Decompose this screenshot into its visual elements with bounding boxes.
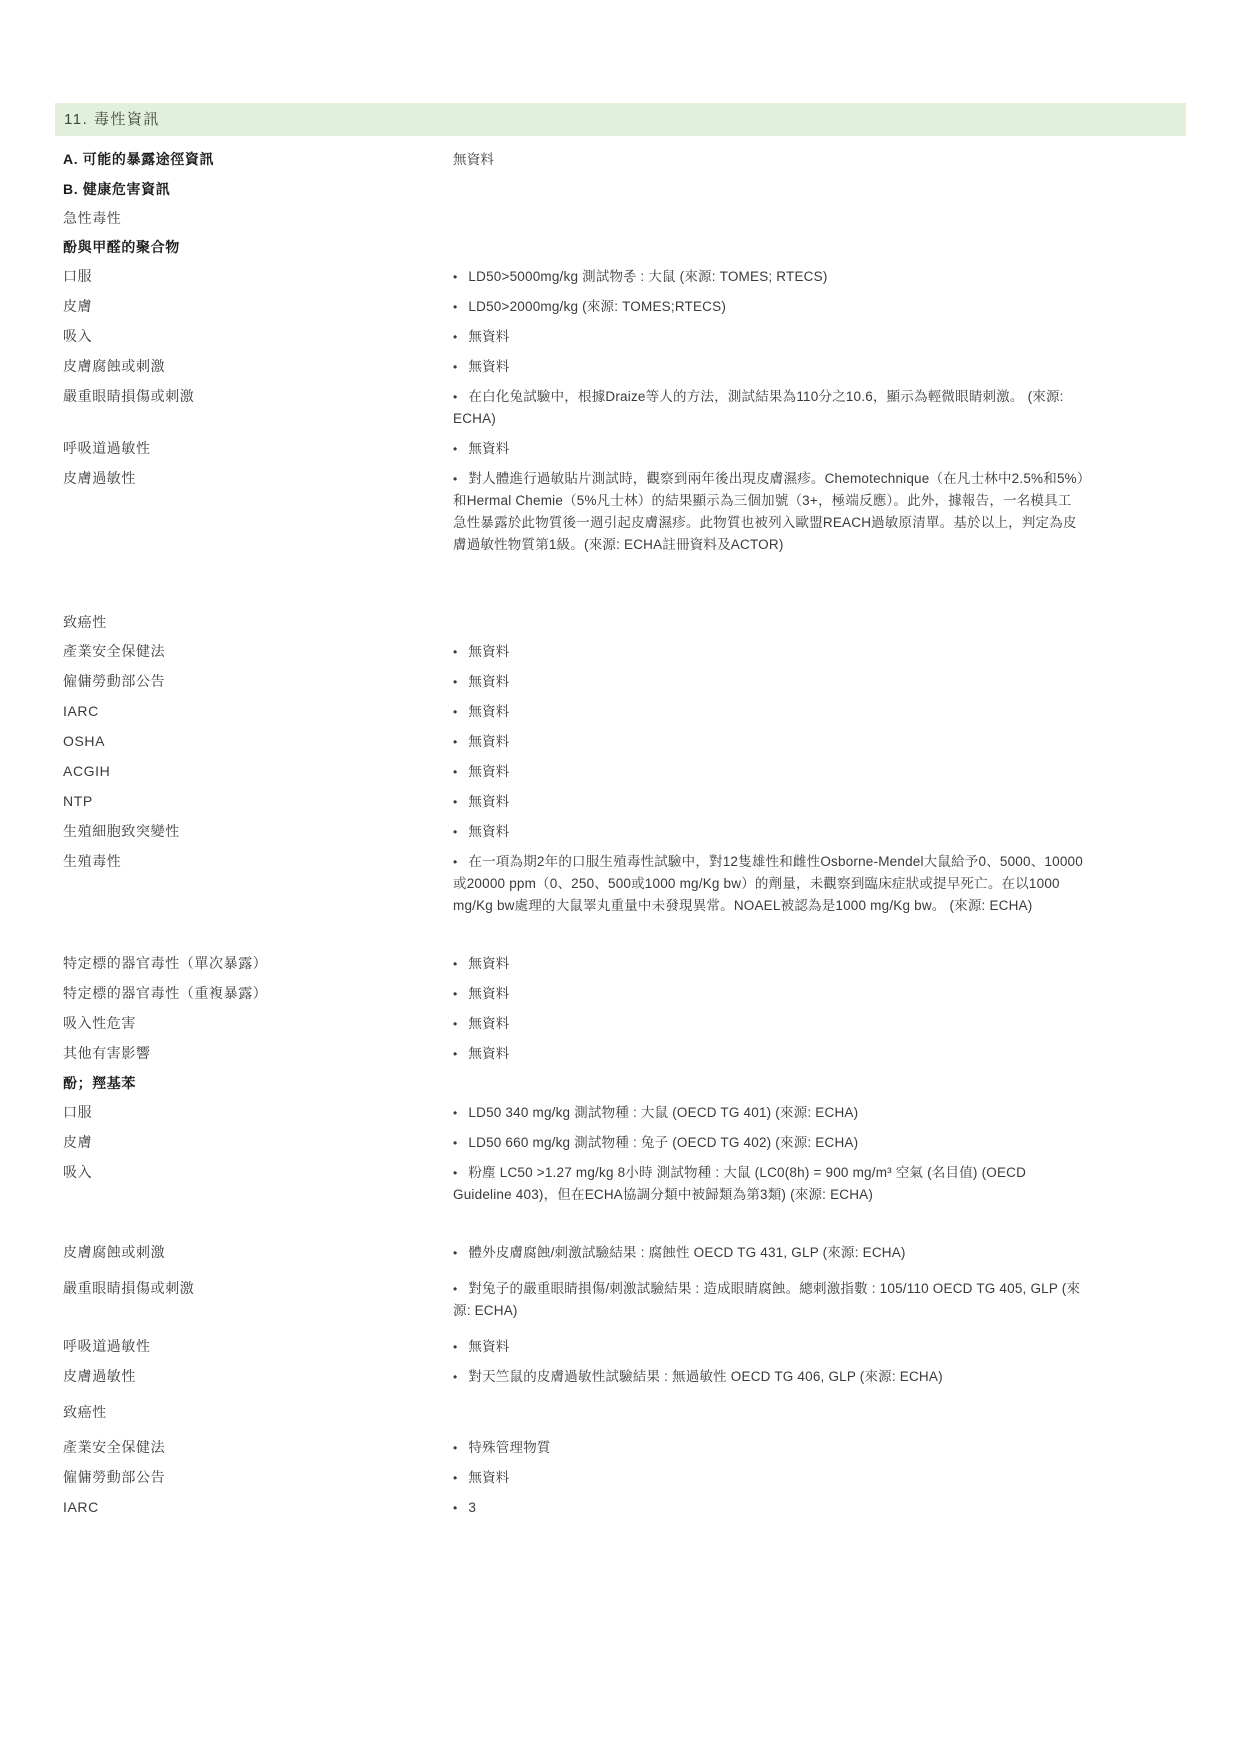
sds-toxicity-page: 11. 毒性資訊 A. 可能的暴露途徑資訊無資料B. 健康危害資訊急性毒性酚與甲… xyxy=(0,0,1241,1519)
row-value-text: 無資料 xyxy=(468,764,509,779)
toxicity-row: A. 可能的暴露途徑資訊無資料 xyxy=(55,149,1186,171)
row-value-text: 無資料 xyxy=(468,359,509,374)
row-value: •無資料 xyxy=(453,761,1085,783)
toxicity-row: 急性毒性 xyxy=(55,208,1186,229)
toxicity-row: 致癌性 xyxy=(55,612,1186,633)
row-value: •無資料 xyxy=(453,1467,1085,1489)
row-label: ACGIH xyxy=(55,761,453,782)
row-label: 吸入 xyxy=(55,1162,453,1183)
row-label: 產業安全保健法 xyxy=(55,1437,453,1458)
bullet-icon: • xyxy=(453,983,457,1005)
row-value: •粉塵 LC50 >1.27 mg/kg 8小時 測試物種 : 大鼠 (LC0(… xyxy=(453,1162,1085,1206)
row-value: •體外皮膚腐蝕/刺激試驗結果 : 腐蝕性 OECD TG 431, GLP (來… xyxy=(453,1242,1085,1264)
row-value-text: 特殊管理物質 xyxy=(468,1440,550,1455)
row-value-text: 體外皮膚腐蝕/刺激試驗結果 : 腐蝕性 OECD TG 431, GLP (來源… xyxy=(468,1245,905,1260)
bullet-icon: • xyxy=(453,1497,457,1519)
row-label: 酚與甲醛的聚合物 xyxy=(55,237,453,258)
row-label: 口服 xyxy=(55,266,453,287)
toxicity-row: 產業安全保健法•特殊管理物質 xyxy=(55,1437,1186,1459)
row-value: •無資料 xyxy=(453,983,1085,1005)
toxicity-row: 生殖毒性•在一項為期2年的口服生殖毒性試驗中，對12隻雄性和雌性Osborne-… xyxy=(55,851,1186,917)
row-value: •無資料 xyxy=(453,701,1085,723)
bullet-icon: • xyxy=(453,671,457,693)
bullet-icon: • xyxy=(453,953,457,975)
bullet-icon: • xyxy=(453,1043,457,1065)
row-label: 皮膚腐蝕或刺激 xyxy=(55,356,453,377)
toxicity-row: NTP•無資料 xyxy=(55,791,1186,813)
row-value-text: 無資料 xyxy=(468,674,509,689)
row-label: A. 可能的暴露途徑資訊 xyxy=(55,149,453,170)
toxicity-row: OSHA•無資料 xyxy=(55,731,1186,753)
toxicity-row: 酚與甲醛的聚合物 xyxy=(55,237,1186,258)
toxicity-row: 產業安全保健法•無資料 xyxy=(55,641,1186,663)
row-label: 僱傭勞動部公告 xyxy=(55,1467,453,1488)
bullet-icon: • xyxy=(453,266,457,288)
toxicity-row: 皮膚•LD50>2000mg/kg (來源: TOMES;RTECS) xyxy=(55,296,1186,318)
row-value-text: 無資料 xyxy=(468,441,509,456)
row-value-text: 粉塵 LC50 >1.27 mg/kg 8小時 測試物種 : 大鼠 (LC0(8… xyxy=(453,1165,1026,1202)
row-value-text: 無資料 xyxy=(468,1470,509,1485)
row-value-text: 3 xyxy=(468,1500,476,1515)
row-value-text: LD50>5000mg/kg 測試物종 : 大鼠 (來源: TOMES; RTE… xyxy=(468,269,827,284)
row-value-text: LD50 660 mg/kg 測試物種 : 兔子 (OECD TG 402) (… xyxy=(468,1135,858,1150)
bullet-icon: • xyxy=(453,1336,457,1358)
toxicity-row: 皮膚腐蝕或刺激•無資料 xyxy=(55,356,1186,378)
row-value: •無資料 xyxy=(453,671,1085,693)
row-value-text: 無資料 xyxy=(468,704,509,719)
bullet-icon: • xyxy=(453,438,457,460)
toxicity-row: ACGIH•無資料 xyxy=(55,761,1186,783)
row-label: 致癌性 xyxy=(55,1402,453,1423)
bullet-icon: • xyxy=(453,1278,457,1300)
toxicity-row: 嚴重眼睛損傷或刺激•對兔子的嚴重眼睛損傷/刺激試驗結果 : 造成眼睛腐蝕。總刺激… xyxy=(55,1278,1186,1322)
bullet-icon: • xyxy=(453,386,457,408)
row-label: 吸入性危害 xyxy=(55,1013,453,1034)
row-label: 致癌性 xyxy=(55,612,453,633)
row-value: •無資料 xyxy=(453,356,1085,378)
row-value: •LD50>5000mg/kg 測試物종 : 大鼠 (來源: TOMES; RT… xyxy=(453,266,1085,288)
toxicity-row: 其他有害影響•無資料 xyxy=(55,1043,1186,1065)
row-value: •無資料 xyxy=(453,731,1085,753)
bullet-icon: • xyxy=(453,701,457,723)
row-value-text: 無資料 xyxy=(468,329,509,344)
toxicity-row: 僱傭勞動部公告•無資料 xyxy=(55,1467,1186,1489)
toxicity-row: 皮膚腐蝕或刺激•體外皮膚腐蝕/刺激試驗結果 : 腐蝕性 OECD TG 431,… xyxy=(55,1242,1186,1264)
bullet-icon: • xyxy=(453,468,457,490)
bullet-icon: • xyxy=(453,296,457,318)
row-value-text: 無資料 xyxy=(468,1046,509,1061)
row-value: •3 xyxy=(453,1497,1085,1519)
bullet-icon: • xyxy=(453,851,457,873)
row-value: 無資料 xyxy=(453,149,1085,171)
row-label: 急性毒性 xyxy=(55,208,453,229)
row-value: •無資料 xyxy=(453,1043,1085,1065)
row-value: •無資料 xyxy=(453,438,1085,460)
row-value-text: 無資料 xyxy=(453,152,494,167)
row-value-text: 無資料 xyxy=(468,1016,509,1031)
row-value-text: 對天竺鼠的皮膚過敏性試驗結果 : 無過敏性 OECD TG 406, GLP (… xyxy=(468,1369,942,1384)
bullet-icon: • xyxy=(453,731,457,753)
row-label: 皮膚 xyxy=(55,296,453,317)
row-value: •無資料 xyxy=(453,1336,1085,1358)
toxicity-row: 吸入•無資料 xyxy=(55,326,1186,348)
row-value: •LD50 340 mg/kg 測試物種 : 大鼠 (OECD TG 401) … xyxy=(453,1102,1085,1124)
row-value-text: 無資料 xyxy=(468,1339,509,1354)
bullet-icon: • xyxy=(453,1102,457,1124)
row-label: B. 健康危害資訊 xyxy=(55,179,453,200)
row-value: •LD50>2000mg/kg (來源: TOMES;RTECS) xyxy=(453,296,1085,318)
toxicity-row: 嚴重眼睛損傷或刺激•在白化兔試驗中，根據Draize等人的方法，測試結果為110… xyxy=(55,386,1186,430)
row-label: 特定標的器官毒性（單次暴露） xyxy=(55,953,453,974)
bullet-icon: • xyxy=(453,356,457,378)
bullet-icon: • xyxy=(453,1162,457,1184)
row-value-text: 在一項為期2年的口服生殖毒性試驗中，對12隻雄性和雌性Osborne-Mende… xyxy=(453,854,1083,913)
toxicity-row: 呼吸道過敏性•無資料 xyxy=(55,438,1186,460)
row-label: 皮膚過敏性 xyxy=(55,1366,453,1387)
row-label: 皮膚腐蝕或刺激 xyxy=(55,1242,453,1263)
row-value-text: 無資料 xyxy=(468,734,509,749)
toxicity-row: 皮膚•LD50 660 mg/kg 測試物種 : 兔子 (OECD TG 402… xyxy=(55,1132,1186,1154)
row-value: •對人體進行過敏貼片測試時，觀察到兩年後出現皮膚濕疹。Chemotechniqu… xyxy=(453,468,1085,556)
bullet-icon: • xyxy=(453,1013,457,1035)
toxicity-row: 皮膚過敏性•對天竺鼠的皮膚過敏性試驗結果 : 無過敏性 OECD TG 406,… xyxy=(55,1366,1186,1388)
row-label: 口服 xyxy=(55,1102,453,1123)
row-value: •無資料 xyxy=(453,821,1085,843)
bullet-icon: • xyxy=(453,791,457,813)
bullet-icon: • xyxy=(453,761,457,783)
row-label: 皮膚過敏性 xyxy=(55,468,453,489)
row-value-text: 無資料 xyxy=(468,956,509,971)
row-value-text: 無資料 xyxy=(468,824,509,839)
toxicity-row: 吸入性危害•無資料 xyxy=(55,1013,1186,1035)
toxicity-row: 特定標的器官毒性（單次暴露）•無資料 xyxy=(55,953,1186,975)
row-value: •無資料 xyxy=(453,791,1085,813)
toxicity-row: 皮膚過敏性•對人體進行過敏貼片測試時，觀察到兩年後出現皮膚濕疹。Chemotec… xyxy=(55,468,1186,556)
toxicity-row: 吸入•粉塵 LC50 >1.27 mg/kg 8小時 測試物種 : 大鼠 (LC… xyxy=(55,1162,1186,1206)
toxicity-row: 酚；羥基苯 xyxy=(55,1073,1186,1094)
row-value-text: LD50 340 mg/kg 測試物種 : 大鼠 (OECD TG 401) (… xyxy=(468,1105,858,1120)
row-label: 產業安全保健法 xyxy=(55,641,453,662)
toxicity-row: 僱傭勞動部公告•無資料 xyxy=(55,671,1186,693)
toxicity-table: A. 可能的暴露途徑資訊無資料B. 健康危害資訊急性毒性酚與甲醛的聚合物口服•L… xyxy=(55,149,1186,1519)
row-value: •無資料 xyxy=(453,641,1085,663)
row-label: 呼吸道過敏性 xyxy=(55,438,453,459)
row-label: 其他有害影響 xyxy=(55,1043,453,1064)
row-label: 嚴重眼睛損傷或刺激 xyxy=(55,386,453,407)
bullet-icon: • xyxy=(453,641,457,663)
row-value-text: 對兔子的嚴重眼睛損傷/刺激試驗結果 : 造成眼睛腐蝕。總刺激指數 : 105/1… xyxy=(453,1281,1080,1318)
row-label: 生殖毒性 xyxy=(55,851,453,872)
row-label: 生殖細胞致突變性 xyxy=(55,821,453,842)
row-value: •在白化兔試驗中，根據Draize等人的方法，測試結果為110分之10.6，顯示… xyxy=(453,386,1085,430)
row-value-text: LD50>2000mg/kg (來源: TOMES;RTECS) xyxy=(468,299,726,314)
row-label: 酚；羥基苯 xyxy=(55,1073,453,1094)
section-title: 11. 毒性資訊 xyxy=(64,111,160,128)
row-value: •對兔子的嚴重眼睛損傷/刺激試驗結果 : 造成眼睛腐蝕。總刺激指數 : 105/… xyxy=(453,1278,1085,1322)
row-label: OSHA xyxy=(55,731,453,752)
toxicity-row: 呼吸道過敏性•無資料 xyxy=(55,1336,1186,1358)
row-label: 吸入 xyxy=(55,326,453,347)
bullet-icon: • xyxy=(453,821,457,843)
row-value-text: 無資料 xyxy=(468,986,509,1001)
row-label: IARC xyxy=(55,701,453,722)
row-value: •特殊管理物質 xyxy=(453,1437,1085,1459)
row-value: •LD50 660 mg/kg 測試物種 : 兔子 (OECD TG 402) … xyxy=(453,1132,1085,1154)
toxicity-row: B. 健康危害資訊 xyxy=(55,179,1186,200)
section-header: 11. 毒性資訊 xyxy=(55,103,1186,136)
toxicity-row: IARC•3 xyxy=(55,1497,1186,1519)
toxicity-row: 特定標的器官毒性（重複暴露）•無資料 xyxy=(55,983,1186,1005)
bullet-icon: • xyxy=(453,1132,457,1154)
row-label: 皮膚 xyxy=(55,1132,453,1153)
toxicity-row: 致癌性 xyxy=(55,1402,1186,1423)
row-label: 特定標的器官毒性（重複暴露） xyxy=(55,983,453,1004)
row-value: •對天竺鼠的皮膚過敏性試驗結果 : 無過敏性 OECD TG 406, GLP … xyxy=(453,1366,1085,1388)
row-label: 呼吸道過敏性 xyxy=(55,1336,453,1357)
row-value-text: 對人體進行過敏貼片測試時，觀察到兩年後出現皮膚濕疹。Chemotechnique… xyxy=(453,471,1084,552)
row-value: •無資料 xyxy=(453,1013,1085,1035)
bullet-icon: • xyxy=(453,1467,457,1489)
bullet-icon: • xyxy=(453,326,457,348)
row-value: •在一項為期2年的口服生殖毒性試驗中，對12隻雄性和雌性Osborne-Mend… xyxy=(453,851,1085,917)
bullet-icon: • xyxy=(453,1242,457,1264)
toxicity-row: 口服•LD50 340 mg/kg 測試物種 : 大鼠 (OECD TG 401… xyxy=(55,1102,1186,1124)
row-value-text: 無資料 xyxy=(468,794,509,809)
bullet-icon: • xyxy=(453,1366,457,1388)
row-value-text: 在白化兔試驗中，根據Draize等人的方法，測試結果為110分之10.6，顯示為… xyxy=(453,389,1064,426)
row-label: 僱傭勞動部公告 xyxy=(55,671,453,692)
bullet-icon: • xyxy=(453,1437,457,1459)
row-value: •無資料 xyxy=(453,953,1085,975)
toxicity-row: 口服•LD50>5000mg/kg 測試物종 : 大鼠 (來源: TOMES; … xyxy=(55,266,1186,288)
row-label: 嚴重眼睛損傷或刺激 xyxy=(55,1278,453,1299)
row-value: •無資料 xyxy=(453,326,1085,348)
row-value-text: 無資料 xyxy=(468,644,509,659)
toxicity-row: 生殖細胞致突變性•無資料 xyxy=(55,821,1186,843)
row-label: IARC xyxy=(55,1497,453,1518)
row-label: NTP xyxy=(55,791,453,812)
toxicity-row: IARC•無資料 xyxy=(55,701,1186,723)
